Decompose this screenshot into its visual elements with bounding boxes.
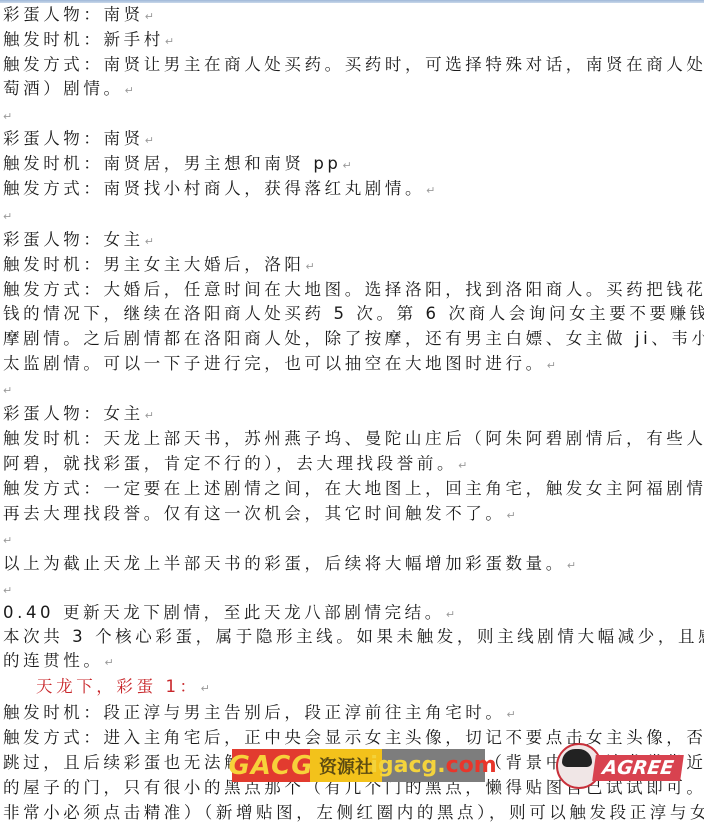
line-text: 触发方式：一定要在上述剧情之间，在大地图上，回主角宅，触发女主阿福剧情。触发后， bbox=[3, 479, 704, 498]
line-text: 本次共 3 个核心彩蛋，属于隐形主线。如果未触发，则主线剧情大幅减少，且感觉缺失… bbox=[3, 627, 704, 646]
blank-paragraph: ↵ bbox=[3, 378, 703, 402]
paragraph-mark-icon: ↵ bbox=[3, 110, 12, 123]
text-line: 触发方式：南贤找小村商人，获得落红丸剧情。↵ bbox=[3, 178, 703, 202]
watermark-banner: GACG 资源社 igacg.com bbox=[232, 749, 485, 782]
document-page[interactable]: 彩蛋人物：南贤↵触发时机：新手村↵触发方式：南贤让男主在商人处买药。买药时，可选… bbox=[0, 0, 704, 828]
paragraph-mark-icon: ↵ bbox=[125, 84, 134, 97]
paragraph-mark-icon: ↵ bbox=[145, 235, 154, 248]
watermark-url-tld: com bbox=[446, 753, 497, 778]
paragraph-mark-icon: ↵ bbox=[145, 409, 154, 422]
text-line: 触发方式：一定要在上述剧情之间，在大地图上，回主角宅，触发女主阿福剧情。触发后， bbox=[3, 478, 703, 500]
line-text: 触发时机：段正淳与男主告别后，段正淳前往主角宅时。 bbox=[3, 703, 506, 722]
watermark-logo-text: AGREE bbox=[592, 755, 684, 781]
paragraph-mark-icon: ↵ bbox=[3, 584, 12, 597]
paragraph-mark-icon: ↵ bbox=[3, 210, 12, 223]
text-line: 阿碧，就找彩蛋，肯定不行的），去大理找段誉前。↵ bbox=[3, 453, 703, 477]
blank-paragraph: ↵ bbox=[3, 104, 703, 128]
text-line: 摩剧情。之后剧情都在洛阳商人处，除了按摩，还有男主白嫖、女主做 ji、韦小宝、康… bbox=[3, 328, 703, 350]
line-text: 非常小必须点击精准）（新增贴图，左侧红圈内的黑点），则可以触发段正淳与女主彩蛋。… bbox=[3, 803, 704, 822]
blank-paragraph: ↵ bbox=[3, 528, 703, 552]
text-line: 0.40 更新天龙下剧情，至此天龙八部剧情完结。↵ bbox=[3, 602, 703, 626]
line-text: 触发时机：男主女主大婚后，洛阳 bbox=[3, 255, 305, 274]
line-text: 再去大理找段誉。仅有这一次机会，其它时间触发不了。 bbox=[3, 504, 506, 523]
text-line: 再去大理找段誉。仅有这一次机会，其它时间触发不了。↵ bbox=[3, 503, 703, 527]
paragraph-mark-icon: ↵ bbox=[446, 608, 455, 621]
line-text: 太监剧情。可以一下子进行完，也可以抽空在大地图时进行。 bbox=[3, 354, 546, 373]
text-line: 以上为截止天龙上半部天书的彩蛋，后续将大幅增加彩蛋数量。↵ bbox=[3, 553, 703, 577]
text-line: 触发时机：天龙上部天书，苏州燕子坞、曼陀山庄后（阿朱阿碧剧情后，有些人没触发阿朱 bbox=[3, 428, 703, 450]
blank-paragraph: ↵ bbox=[3, 578, 703, 602]
paragraph-mark-icon: ↵ bbox=[426, 184, 435, 197]
paragraph-mark-icon: ↵ bbox=[165, 35, 174, 48]
paragraph-mark-icon: ↵ bbox=[3, 384, 12, 397]
text-line: 太监剧情。可以一下子进行完，也可以抽空在大地图时进行。↵ bbox=[3, 353, 703, 377]
text-line: 彩蛋人物：女主↵ bbox=[3, 403, 703, 427]
paragraph-mark-icon: ↵ bbox=[547, 359, 556, 372]
watermark-url-domain: igacg. bbox=[370, 753, 445, 778]
blank-paragraph: ↵ bbox=[3, 204, 703, 228]
text-line: 萄酒）剧情。↵ bbox=[3, 78, 703, 102]
line-text: 彩蛋人物：女主 bbox=[3, 404, 144, 423]
watermark-url: igacg.com bbox=[382, 749, 485, 782]
watermark-gacg: GACG bbox=[232, 749, 310, 782]
line-text: 触发时机：天龙上部天书，苏州燕子坞、曼陀山庄后（阿朱阿碧剧情后，有些人没触发阿朱 bbox=[3, 429, 704, 448]
text-line: 非常小必须点击精准）（新增贴图，左侧红圈内的黑点），则可以触发段正淳与女主彩蛋。… bbox=[3, 802, 703, 824]
text-line: 彩蛋人物：女主↵ bbox=[3, 229, 703, 253]
line-text: 钱的情况下，继续在洛阳商人处买药 5 次。第 6 次商人会询问女主要不要赚钱，开… bbox=[3, 304, 704, 323]
line-text: 彩蛋人物：南贤 bbox=[3, 5, 144, 24]
text-line: 触发时机：新手村↵ bbox=[3, 29, 703, 53]
line-text: 彩蛋人物：南贤 bbox=[3, 129, 144, 148]
line-text: 天龙下，彩蛋 1： bbox=[36, 677, 200, 696]
line-text: 触发时机：新手村 bbox=[3, 30, 164, 49]
text-line: 触发方式：南贤让男主在商人处买药。买药时，可选择特殊对话，南贤在商人处喝茶（喝葡 bbox=[3, 54, 703, 76]
paragraph-mark-icon: ↵ bbox=[145, 134, 154, 147]
text-line: 本次共 3 个核心彩蛋，属于隐形主线。如果未触发，则主线剧情大幅减少，且感觉缺失… bbox=[3, 626, 703, 648]
line-text: 萄酒）剧情。 bbox=[3, 79, 124, 98]
text-line: 触发时机：男主女主大婚后，洛阳↵ bbox=[3, 254, 703, 278]
paragraph-mark-icon: ↵ bbox=[507, 509, 516, 522]
paragraph-mark-icon: ↵ bbox=[458, 459, 467, 472]
text-line: 触发时机：南贤居，男主想和南贤 pp↵ bbox=[3, 153, 703, 177]
text-line: 触发方式：大婚后，任意时间在大地图。选择洛阳，找到洛阳商人。买药把钱花完。在没有 bbox=[3, 279, 703, 301]
watermark-logo: AGREE bbox=[556, 743, 686, 787]
section-heading: 天龙下，彩蛋 1：↵ bbox=[36, 676, 704, 700]
text-line: 触发时机：段正淳与男主告别后，段正淳前往主角宅时。↵ bbox=[3, 702, 703, 726]
text-line: 的连贯性。↵ bbox=[3, 650, 703, 674]
paragraph-mark-icon: ↵ bbox=[507, 708, 516, 721]
line-text: 触发方式：大婚后，任意时间在大地图。选择洛阳，找到洛阳商人。买药把钱花完。在没有 bbox=[3, 280, 704, 299]
paragraph-mark-icon: ↵ bbox=[3, 534, 12, 547]
line-text: 0.40 更新天龙下剧情，至此天龙八部剧情完结。 bbox=[3, 603, 445, 622]
text-line: 彩蛋人物：南贤↵ bbox=[3, 4, 703, 28]
text-line: 彩蛋人物：南贤↵ bbox=[3, 128, 703, 152]
paragraph-mark-icon: ↵ bbox=[145, 10, 154, 23]
paragraph-mark-icon: ↵ bbox=[567, 559, 576, 572]
line-text: 摩剧情。之后剧情都在洛阳商人处，除了按摩，还有男主白嫖、女主做 ji、韦小宝、康… bbox=[3, 329, 704, 348]
line-text: 彩蛋人物：女主 bbox=[3, 230, 144, 249]
line-text: 触发方式：南贤让男主在商人处买药。买药时，可选择特殊对话，南贤在商人处喝茶（喝葡 bbox=[3, 55, 704, 74]
line-text: 触发时机：南贤居，男主想和南贤 pp bbox=[3, 154, 342, 173]
paragraph-mark-icon: ↵ bbox=[306, 260, 315, 273]
paragraph-mark-icon: ↵ bbox=[105, 656, 114, 669]
line-text: 阿碧，就找彩蛋，肯定不行的），去大理找段誉前。 bbox=[3, 454, 457, 473]
paragraph-mark-icon: ↵ bbox=[201, 682, 210, 695]
text-line: 钱的情况下，继续在洛阳商人处买药 5 次。第 6 次商人会询问女主要不要赚钱，开… bbox=[3, 303, 703, 325]
line-text: 的连贯性。 bbox=[3, 651, 104, 670]
line-text: 触发方式：南贤找小村商人，获得落红丸剧情。 bbox=[3, 179, 425, 198]
paragraph-mark-icon: ↵ bbox=[343, 159, 352, 172]
line-text: 以上为截止天龙上半部天书的彩蛋，后续将大幅增加彩蛋数量。 bbox=[3, 554, 566, 573]
